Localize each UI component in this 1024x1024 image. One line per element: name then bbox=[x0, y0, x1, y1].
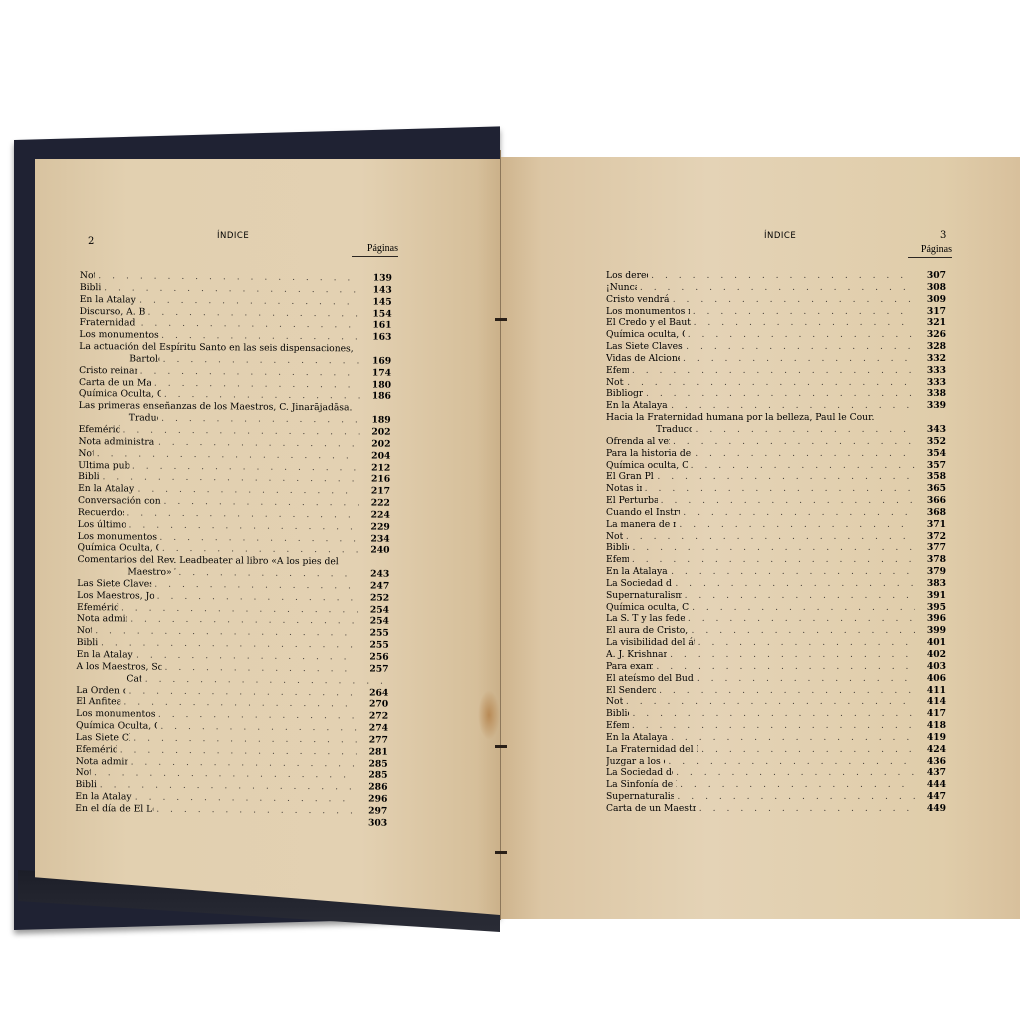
toc-entry-title: El Anfiteatro de la Estrella bbox=[76, 696, 120, 708]
toc-entry: Cristo vendrá, Marcial Rubí de Celis.309 bbox=[606, 294, 946, 306]
toc-entry-page: 285 bbox=[360, 758, 388, 770]
toc-entry-page: 256 bbox=[361, 651, 389, 663]
toc-entry-title: Los últimos Papas, P. Romero bbox=[78, 519, 126, 531]
pages-column-label-left: Páginas bbox=[352, 243, 398, 257]
toc-entry-title: Fraternidad y Política social, Acharat bbox=[79, 317, 137, 329]
dot-leader bbox=[670, 649, 915, 661]
dot-leader bbox=[680, 779, 915, 791]
toc-entry-page: 186 bbox=[363, 391, 391, 403]
toc-entry-page: 371 bbox=[918, 519, 946, 531]
toc-entry: Traducción de J. Pavón.343 bbox=[606, 424, 946, 436]
toc-entry: Ofrenda al venerado Maestro H. P. B.352 bbox=[606, 436, 946, 448]
toc-entry-title: Vidas de Alcione, Invest. de C. W Leadbe… bbox=[606, 353, 680, 365]
toc-entry-page: 403 bbox=[918, 661, 946, 673]
toc-entry-page: 414 bbox=[918, 696, 946, 708]
toc-entry-title: Efemérides de «Sophia» bbox=[76, 744, 117, 756]
toc-entry-title: Recuerdos, Manuel Treviño bbox=[78, 507, 124, 519]
toc-entry-page: 270 bbox=[360, 699, 388, 711]
dot-leader bbox=[688, 329, 915, 341]
toc-entry-page: 436 bbox=[918, 756, 946, 768]
toc-entry-page: 372 bbox=[918, 531, 946, 543]
toc-entry-page: 189 bbox=[363, 415, 391, 427]
toc-entry: Noticias372 bbox=[606, 531, 946, 543]
dot-leader bbox=[671, 566, 915, 578]
toc-entry-page: 399 bbox=[918, 625, 946, 637]
page-number-left: 2 bbox=[88, 236, 94, 247]
dot-leader bbox=[675, 578, 915, 590]
dot-leader bbox=[686, 341, 915, 353]
toc-entry-title: Nota administrativa Abril 1924 bbox=[77, 613, 127, 625]
toc-entry: A. J. Krishnamurti, V. Cirujeda Roig402 bbox=[606, 649, 946, 661]
toc-entry-title: Los monumentos megalíticos de Menorca, J… bbox=[79, 329, 158, 342]
page-header-left: ÍNDICE bbox=[217, 231, 249, 241]
toc-entry-page: 296 bbox=[359, 794, 387, 806]
toc-entry-page: 447 bbox=[918, 791, 946, 803]
dot-leader bbox=[626, 531, 915, 543]
toc-entry-page: 339 bbox=[918, 400, 946, 412]
toc-entry-title: ¡Nunca, padre!. bbox=[606, 282, 637, 294]
toc-entry-page: 332 bbox=[918, 353, 946, 365]
dot-leader bbox=[698, 637, 915, 649]
dot-leader bbox=[683, 507, 915, 519]
dot-leader bbox=[640, 282, 915, 294]
toc-entry-page: 309 bbox=[918, 294, 946, 306]
toc-entry-title: Bibliografía bbox=[75, 779, 96, 791]
toc-entry: La Fraternidad del Hombre, Md. Hafid Sye… bbox=[606, 744, 946, 756]
toc-entry: Noticias414 bbox=[606, 696, 946, 708]
toc-entry: Los derechos del niño.307 bbox=[606, 270, 946, 282]
toc-entry-title: Noticias bbox=[606, 696, 623, 708]
dot-leader bbox=[683, 353, 915, 365]
toc-entry-page: 308 bbox=[918, 282, 946, 294]
toc-entry-page: 286 bbox=[359, 782, 387, 794]
toc-entry: Supernaturalismo positivo, Viriato Díaz-… bbox=[606, 590, 946, 602]
toc-entry-title: Noticias bbox=[78, 448, 93, 460]
toc-entry-title: Las Siete Claves, Jacob Bonggren. bbox=[76, 732, 130, 744]
toc-entry: Vidas de Alcione, Invest. de C. W Leadbe… bbox=[606, 353, 946, 365]
toc-entry-page: 358 bbox=[918, 471, 946, 483]
toc-entry-page: 222 bbox=[362, 498, 390, 510]
toc-entry-page: 257 bbox=[360, 663, 388, 675]
toc-entry-title: En el día de El Loto Blanco, María Menén… bbox=[75, 803, 153, 816]
toc-entry-title: Bibliografía bbox=[78, 471, 99, 483]
toc-entry: Bibliografía417 bbox=[606, 708, 946, 720]
dot-leader bbox=[661, 495, 915, 507]
dot-leader bbox=[632, 365, 915, 377]
toc-entry-title: Efemérides bbox=[606, 554, 629, 566]
toc-entry-title: Los Maestros, Josephine Ransom. Trad. de… bbox=[77, 590, 154, 603]
toc-entry-title: Carta de un Maestro, (K. H.) C. Jinarāja… bbox=[606, 803, 696, 815]
toc-entry: Efemérides333 bbox=[606, 365, 946, 377]
dot-leader bbox=[671, 732, 915, 744]
toc-entry-page: 437 bbox=[918, 767, 946, 779]
toc-entry-page: 303 bbox=[359, 817, 387, 829]
toc-entry-title: Química Oculta, C. Jinarājadāsa. Traducc… bbox=[79, 388, 161, 401]
dot-leader bbox=[627, 377, 915, 389]
toc-entry: Los monumentos megalíticos de Menorca, J… bbox=[606, 306, 946, 318]
pages-column-label-right: Páginas bbox=[908, 244, 952, 258]
dot-leader bbox=[632, 554, 915, 566]
toc-entry: Para la historia de la «Rama de Madrid»,… bbox=[606, 448, 946, 460]
toc-entry-title: Noticias. bbox=[606, 377, 624, 389]
toc-entry-title: Efemérides de «Sophia» bbox=[77, 602, 118, 614]
toc-entry: La Sociedad de las Naciones, J Garrido.4… bbox=[606, 767, 946, 779]
toc-entry-title: En la Atalaya, el Secretario General bbox=[606, 566, 668, 578]
toc-entry-title: Discurso, A. Besant Traducción de Achara… bbox=[80, 306, 145, 318]
toc-entry-title: El ateísmo del Buddhismo, Bhikku Silacar… bbox=[606, 673, 694, 685]
toc-entry-title: Bartolomé Bohorques bbox=[79, 353, 160, 366]
dot-leader bbox=[676, 767, 915, 779]
dot-leader bbox=[695, 448, 915, 460]
toc-entry: Para examen, J. Bonggren403 bbox=[606, 661, 946, 673]
toc-entry-title: Química oculta, C. Jinarājadāsa Trad M. … bbox=[606, 329, 685, 341]
toc-entry-page: 326 bbox=[918, 329, 946, 341]
toc-entry-page: 254 bbox=[361, 616, 389, 628]
toc-entry-page: 368 bbox=[918, 507, 946, 519]
toc-entry-page: 212 bbox=[362, 462, 390, 474]
toc-entry: Efemérides418 bbox=[606, 720, 946, 732]
toc-entry-title: Las Siete Claves, J. Bonggren Trad. de J… bbox=[606, 341, 683, 353]
toc-entry: El ateísmo del Buddhismo, Bhikku Silacar… bbox=[606, 673, 946, 685]
toc-entry-title: En la Atalaya, el Secretario General bbox=[606, 732, 668, 744]
toc-entry-title: El Perturbador, Víctor Hugo. bbox=[606, 495, 658, 507]
dot-leader bbox=[657, 471, 915, 483]
toc-entry-page: 243 bbox=[361, 569, 389, 581]
toc-entry-title: El Sendero, J Krishnamurti. bbox=[606, 685, 656, 697]
toc-entry-title: Cataluña bbox=[76, 673, 141, 685]
toc-entry: En la Atalaya, el Secretario General419 bbox=[606, 732, 946, 744]
toc-entry: La manera de matar una sociedad, J. G. R… bbox=[606, 519, 946, 531]
toc-entry: Bibliografía377 bbox=[606, 542, 946, 554]
toc-entry-page: 272 bbox=[360, 711, 388, 723]
toc-entry: La visibilidad del átomo, F. Finch Stron… bbox=[606, 637, 946, 649]
toc-entry-title: Los derechos del niño. bbox=[606, 270, 648, 282]
dot-leader bbox=[646, 388, 915, 400]
binding-stitch bbox=[495, 745, 507, 748]
toc-entry-page: 169 bbox=[363, 355, 391, 367]
toc-entry: En la Atalaya, el Secretario General379 bbox=[606, 566, 946, 578]
binding-stitch bbox=[495, 851, 507, 854]
toc-entry-page: 352 bbox=[918, 436, 946, 448]
toc-entry-title: La Fraternidad del Hombre, Md. Hafid Sye… bbox=[606, 744, 698, 756]
dot-leader bbox=[677, 791, 915, 803]
toc-entry-title: Traducido por J. G. R bbox=[79, 412, 159, 425]
toc-entry-title: Cristo vendrá, Marcial Rubí de Celis. bbox=[606, 294, 670, 306]
toc-entry-title: Los monumentos megalíticos de Menorca, J… bbox=[606, 306, 690, 318]
dot-leader bbox=[626, 696, 915, 708]
dot-leader bbox=[668, 756, 915, 768]
toc-entry: La S. T y las federaciones, M Martínez d… bbox=[606, 613, 946, 625]
toc-entry-title: La Orden de la Tabla Redonda bbox=[76, 685, 125, 697]
toc-entry-page: 328 bbox=[918, 341, 946, 353]
toc-entry-title: En la Atalaya, el Secretario General bbox=[606, 400, 668, 412]
toc-entry-page: 264 bbox=[360, 687, 388, 699]
toc-entry-page: 343 bbox=[918, 424, 946, 436]
toc-entry-page: 354 bbox=[918, 448, 946, 460]
toc-entry-title: Bibliografía bbox=[77, 637, 98, 649]
toc-entry-page: 411 bbox=[918, 685, 946, 697]
toc-entry-page: 297 bbox=[359, 805, 387, 817]
page-number-right: 3 bbox=[940, 230, 946, 241]
dot-leader bbox=[671, 400, 915, 412]
toc-entry-page: 333 bbox=[918, 365, 946, 377]
toc-entry: El Gran Plan, A. E. Powell.358 bbox=[606, 471, 946, 483]
dot-leader bbox=[691, 460, 915, 472]
toc-entry-title: La S. T y las federaciones, M Martínez d… bbox=[606, 613, 685, 625]
toc-entry-title: Efemérides bbox=[606, 720, 629, 732]
toc-entry-page: 202 bbox=[363, 426, 391, 438]
toc-entry-title: La visibilidad del átomo, F. Finch Stron… bbox=[606, 637, 695, 649]
toc-entry: El Perturbador, Víctor Hugo.366 bbox=[606, 495, 946, 507]
toc-entry-page: 383 bbox=[918, 578, 946, 590]
toc-entry-title: Bibliografía bbox=[80, 282, 101, 294]
toc-entry-title: El Gran Plan, A. E. Powell. bbox=[606, 471, 654, 483]
toc-entry-page: 419 bbox=[918, 732, 946, 744]
dot-leader bbox=[651, 270, 915, 282]
toc-entry-title: Efemérides bbox=[606, 365, 629, 377]
toc-entry-page: 174 bbox=[363, 367, 391, 379]
dot-leader bbox=[679, 519, 915, 531]
toc-entry-title: El Credo y el Bautismo, J. M. Ragon. Tra… bbox=[606, 317, 691, 329]
toc-entry-title: Traducción de J. Pavón. bbox=[606, 424, 692, 436]
toc-entry-title: Química oculta, C. Jinarājadāsa. Trad. d… bbox=[606, 602, 689, 614]
toc-entry-page: 229 bbox=[362, 521, 390, 533]
dot-leader bbox=[692, 625, 915, 637]
toc-entry-page: 255 bbox=[361, 640, 389, 652]
toc-entry-page: 281 bbox=[360, 746, 388, 758]
toc-entry-page: 338 bbox=[918, 388, 946, 400]
toc-entry: Las Siete Claves, J. Bonggren Trad. de J… bbox=[606, 341, 946, 353]
toc-entry-title: Carta de un Maestro, K. H. Traducido por… bbox=[79, 377, 151, 389]
toc-entry-page: 424 bbox=[918, 744, 946, 756]
toc-entry: Juzgar a los demás, Annie Besant.436 bbox=[606, 756, 946, 768]
toc-entry-title: A. J. Krishnamurti, V. Cirujeda Roig bbox=[606, 649, 667, 661]
toc-entry-page: 163 bbox=[363, 332, 391, 344]
toc-entry-title: En la Atalaya, el Secretario General bbox=[77, 649, 134, 661]
toc-entry-page: 255 bbox=[361, 628, 389, 640]
toc-entry-page: 418 bbox=[918, 720, 946, 732]
toc-entry-title: Ofrenda al venerado Maestro H. P. B. bbox=[606, 436, 670, 448]
toc-entry-page: 252 bbox=[361, 592, 389, 604]
toc-entry-title: Efemérides de «Sophia» bbox=[79, 424, 120, 436]
dot-leader bbox=[688, 613, 915, 625]
toc-entry: Química oculta, C. Jinarājadāsa Trad. de… bbox=[606, 460, 946, 472]
toc-entry-title: Ultima publicación del Sr. Xifré bbox=[78, 459, 129, 471]
toc-entry: Carta de un Maestro, (K. H.) C. Jinarāja… bbox=[606, 803, 946, 815]
table-of-contents-right: Los derechos del niño.307¡Nunca, padre!.… bbox=[606, 270, 946, 815]
toc-entry-page: 366 bbox=[918, 495, 946, 507]
toc-entry-page: 217 bbox=[362, 486, 390, 498]
toc-entry-title: Hacia la Fraternidad humana por la belle… bbox=[606, 412, 874, 424]
toc-entry-page: 154 bbox=[364, 308, 392, 320]
toc-entry-page: 401 bbox=[918, 637, 946, 649]
toc-entry-title: Bibliografía bbox=[606, 542, 629, 554]
toc-entry-page: 204 bbox=[362, 450, 390, 462]
toc-entry-title: Bibliografía bbox=[606, 708, 629, 720]
book-gutter bbox=[500, 150, 501, 920]
dot-leader bbox=[632, 720, 915, 732]
toc-entry-title: Para la historia de la «Rama de Madrid»,… bbox=[606, 448, 692, 460]
toc-entry-page: 417 bbox=[918, 708, 946, 720]
toc-entry: Hacia la Fraternidad humana por la belle… bbox=[606, 412, 946, 424]
toc-entry-page: 391 bbox=[918, 590, 946, 602]
toc-entry-title: Química oculta, C. Jinarājadāsa Trad. de… bbox=[606, 460, 688, 472]
toc-entry-title bbox=[75, 823, 359, 825]
toc-entry: Notas importantes365 bbox=[606, 483, 946, 495]
toc-entry: Efemérides378 bbox=[606, 554, 946, 566]
table-of-contents-left: Noticias139Bibliografía143En la Atalaya,… bbox=[75, 270, 392, 829]
toc-entry-title: Noticias bbox=[77, 625, 92, 637]
toc-entry: En la Atalaya, el Secretario General339 bbox=[606, 400, 946, 412]
toc-entry-title: Las Siete Claves, Jacob Bonggren Trad de… bbox=[77, 578, 151, 590]
toc-entry-page: 277 bbox=[360, 734, 388, 746]
toc-entry-title: La Sinfonía de la Naturaleza, A M. Abell… bbox=[606, 779, 677, 791]
toc-entry-page: 378 bbox=[918, 554, 946, 566]
toc-entry-page: 139 bbox=[364, 272, 392, 284]
dot-leader bbox=[656, 661, 915, 673]
toc-entry-page: 357 bbox=[918, 460, 946, 472]
toc-entry: Química oculta, C. Jinarājadāsa. Trad. d… bbox=[606, 602, 946, 614]
toc-entry-page: 395 bbox=[918, 602, 946, 614]
toc-entry-title: La manera de matar una sociedad, J. G. R… bbox=[606, 519, 676, 531]
toc-entry-title: En la Atalaya, el Secretario General bbox=[78, 483, 135, 495]
toc-entry-page: 307 bbox=[918, 270, 946, 282]
toc-entry-page: 224 bbox=[362, 509, 390, 521]
toc-entry-page: 444 bbox=[918, 779, 946, 791]
toc-entry-page: 247 bbox=[361, 580, 389, 592]
toc-entry: El Credo y el Bautismo, J. M. Ragon. Tra… bbox=[606, 317, 946, 329]
toc-entry-title: Noticias bbox=[606, 531, 623, 543]
toc-entry-title: Los monumentos megalíticos de Menorca, J… bbox=[78, 531, 157, 544]
toc-entry-page: 180 bbox=[363, 379, 391, 391]
dot-leader bbox=[632, 542, 915, 554]
toc-entry-page: 402 bbox=[918, 649, 946, 661]
toc-entry-title: Notas importantes bbox=[606, 483, 642, 495]
toc-entry-page: 317 bbox=[918, 306, 946, 318]
toc-entry-title: Química Oculta, C. Jinarājadāsa Traducci… bbox=[78, 542, 159, 555]
dot-leader bbox=[645, 483, 915, 495]
toc-entry-title: Los monumentos megalíticos de Menorca, J… bbox=[76, 708, 155, 721]
toc-entry: ¡Nunca, padre!.308 bbox=[606, 282, 946, 294]
toc-entry-title: Conversación con mi interno Yo, María Me… bbox=[78, 495, 161, 508]
toc-entry-title: La Sociedad de las Naciones, J Garrido. bbox=[606, 767, 673, 779]
dot-leader bbox=[697, 673, 915, 685]
dot-leader bbox=[692, 602, 915, 614]
toc-entry-page: 161 bbox=[363, 320, 391, 332]
toc-entry-page: 406 bbox=[918, 673, 946, 685]
toc-entry-title: Noticias bbox=[80, 270, 95, 282]
toc-entry-title: Nota administrativa Marzo 1924 y Balance… bbox=[78, 436, 155, 449]
toc-entry-page: 234 bbox=[362, 533, 390, 545]
toc-entry-page: 321 bbox=[918, 317, 946, 329]
toc-entry-page: 333 bbox=[918, 377, 946, 389]
toc-entry-title: Maestro» Traducción de H. D. y Cege bbox=[77, 566, 175, 579]
toc-entry: Química oculta, C. Jinarājadāsa Trad M. … bbox=[606, 329, 946, 341]
toc-entry-page: 240 bbox=[362, 545, 390, 557]
binding-stitch bbox=[495, 318, 507, 321]
dot-leader bbox=[694, 317, 915, 329]
toc-entry-title: Química Oculta, C. Jinarājadāsa Traducci… bbox=[76, 720, 157, 733]
toc-entry-title: Supernaturalismo positivo, Viriato Díaz-… bbox=[606, 590, 682, 602]
toc-entry-page: 254 bbox=[361, 604, 389, 616]
toc-entry-title: Bibliografía y canje bbox=[606, 388, 643, 400]
toc-entry: Noticias.333 bbox=[606, 377, 946, 389]
toc-entry-title: Noticias bbox=[76, 767, 91, 779]
dot-leader bbox=[695, 424, 915, 436]
dot-leader bbox=[659, 685, 915, 697]
toc-entry-page: 379 bbox=[918, 566, 946, 578]
dot-leader bbox=[632, 708, 915, 720]
toc-entry-title: Cristo reinará, Marcial Rubí de Celis bbox=[79, 365, 137, 377]
page-header-right: ÍNDICE bbox=[764, 231, 796, 241]
toc-entry-page: 365 bbox=[918, 483, 946, 495]
toc-entry-page: 396 bbox=[918, 613, 946, 625]
toc-entry: La Sinfonía de la Naturaleza, A M. Abell… bbox=[606, 779, 946, 791]
dot-leader bbox=[693, 306, 915, 318]
toc-entry: El Sendero, J Krishnamurti.411 bbox=[606, 685, 946, 697]
toc-entry-page: 145 bbox=[364, 296, 392, 308]
toc-entry-page: 449 bbox=[918, 803, 946, 815]
toc-entry-page: 377 bbox=[918, 542, 946, 554]
toc-entry-page: 274 bbox=[360, 723, 388, 735]
toc-entry: La Sociedad de las Naciones, J Garrido38… bbox=[606, 578, 946, 590]
toc-entry-title: Supernaturalismo positivo, V. Díaz-Pérez bbox=[606, 791, 674, 803]
toc-entry-page: 143 bbox=[364, 284, 392, 296]
dot-leader bbox=[673, 294, 915, 306]
paper-stain bbox=[478, 690, 500, 740]
toc-entry-title: Para examen, J. Bonggren bbox=[606, 661, 653, 673]
dot-leader bbox=[685, 590, 915, 602]
toc-entry: Supernaturalismo positivo, V. Díaz-Pérez… bbox=[606, 791, 946, 803]
dot-leader bbox=[673, 436, 915, 448]
toc-entry-title: A los Maestros, Sociedad Protectora de A… bbox=[76, 661, 161, 674]
toc-entry-title: La Sociedad de las Naciones, J Garrido bbox=[606, 578, 672, 590]
dot-leader bbox=[699, 803, 915, 815]
toc-entry-title: En la Atalaya, el Secretario General bbox=[80, 294, 137, 306]
toc-entry: El aura de Cristo, C. W. Leadbeater. Tra… bbox=[606, 625, 946, 637]
dot-leader bbox=[701, 744, 915, 756]
toc-entry-title: Nota administrativa, Mayo 1924 bbox=[76, 756, 128, 768]
toc-entry: Bibliografía y canje338 bbox=[606, 388, 946, 400]
toc-entry-page: 216 bbox=[362, 474, 390, 486]
dot-leader bbox=[156, 804, 356, 818]
toc-entry-page: 285 bbox=[360, 770, 388, 782]
toc-entry-title: Cuando el Instructor venga, F. M. Zarrac… bbox=[606, 507, 680, 519]
toc-entry-title: En la Atalaya, el Secretario General bbox=[75, 791, 132, 803]
toc-entry-page: 202 bbox=[362, 438, 390, 450]
toc-entry-title: Juzgar a los demás, Annie Besant. bbox=[606, 756, 665, 768]
toc-entry-title: El aura de Cristo, C. W. Leadbeater. Tra… bbox=[606, 625, 689, 637]
toc-entry: Cuando el Instructor venga, F. M. Zarrac… bbox=[606, 507, 946, 519]
